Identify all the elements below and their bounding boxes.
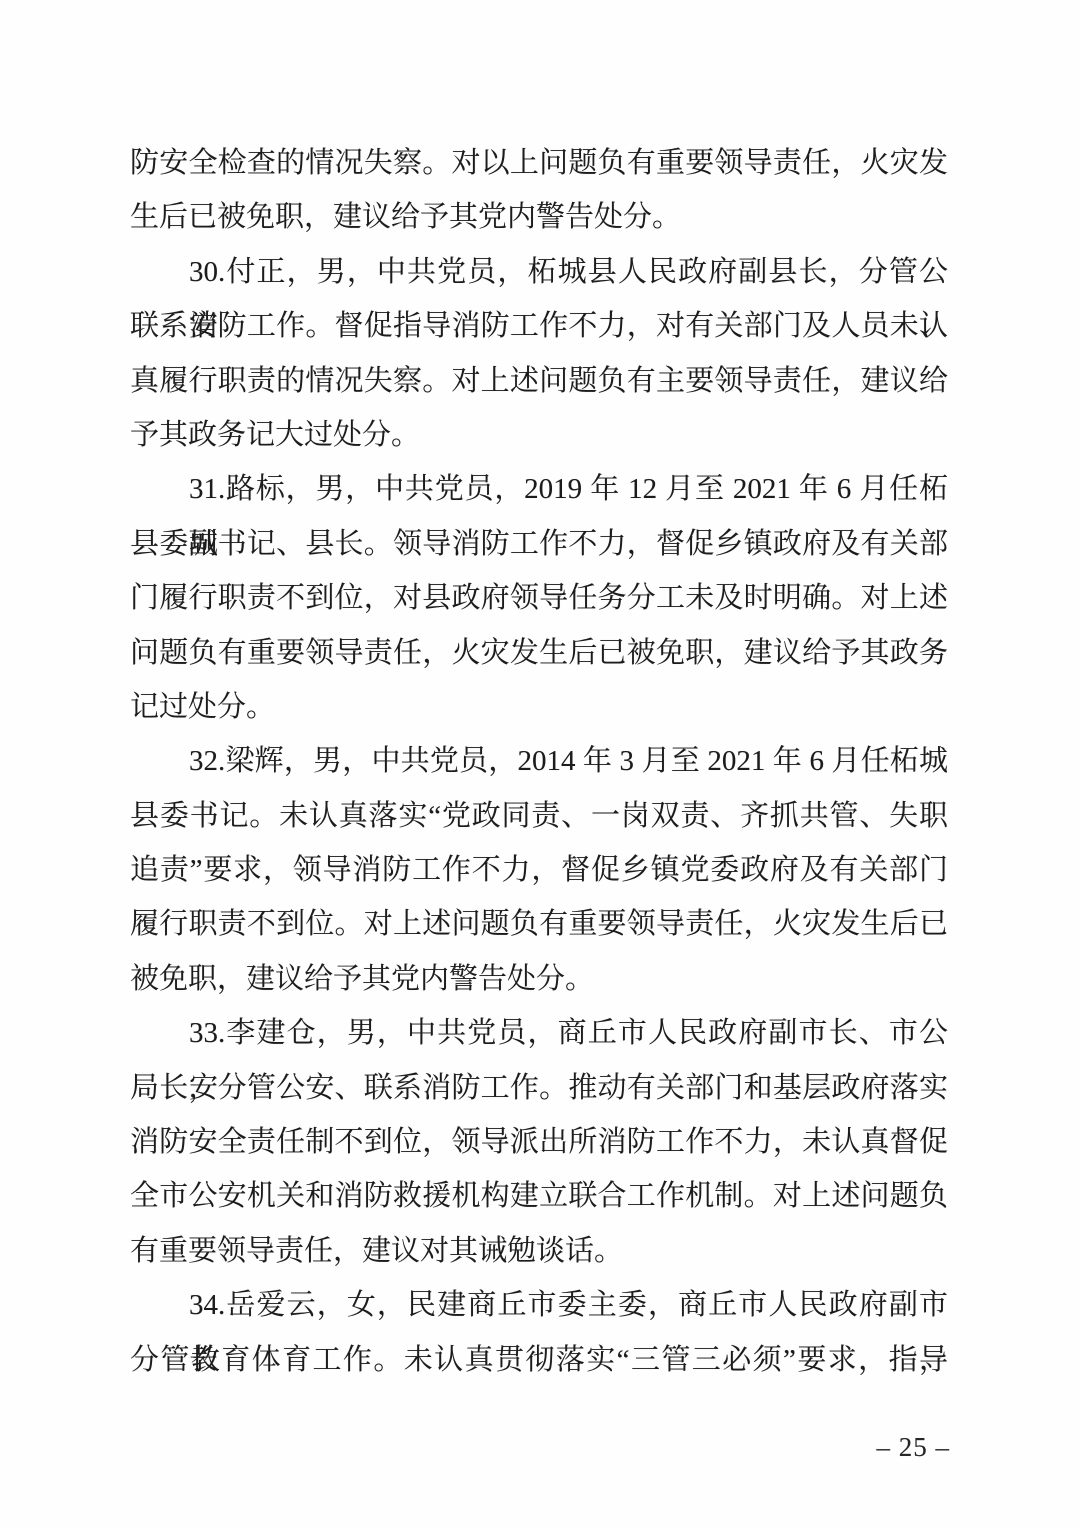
paragraph-30: 30.付正，男，中共党员，柘城县人民政府副县长，分管公安、联系消防工作。督促指导… [130,245,948,463]
document-sheet: 防安全检查的情况失察。对以上问题负有重要领导责任，火灾发生后已被免职，建议给予其… [0,0,1080,1527]
text-line: 追责”要求，领导消防工作不力，督促乡镇党委政府及有关部门 [130,843,948,897]
text-line: 生后已被免职，建议给予其党内警告处分。 [130,190,948,244]
text-line: 30.付正，男，中共党员，柘城县人民政府副县长，分管公安、 [130,245,948,299]
text-line: 33.李建仓，男，中共党员，商丘市人民政府副市长、市公安 [130,1006,948,1060]
text-line: 分管教育体育工作。未认真贯彻落实“三管三必须”要求，指导 [130,1333,948,1387]
page-number: – 25 – [877,1432,951,1462]
paragraph-33: 33.李建仓，男，中共党员，商丘市人民政府副市长、市公安局长，分管公安、联系消防… [130,1006,948,1278]
paragraph-31: 31.路标，男，中共党员，2019 年 12 月至 2021 年 6 月任柘城县… [130,462,948,734]
text-line: 予其政务记大过处分。 [130,408,948,462]
text-line: 县委书记。未认真落实“党政同责、一岗双责、齐抓共管、失职 [130,789,948,843]
text-line: 31.路标，男，中共党员，2019 年 12 月至 2021 年 6 月任柘城 [130,462,948,516]
text-block: 防安全检查的情况失察。对以上问题负有重要领导责任，火灾发生后已被免职，建议给予其… [130,136,948,1387]
text-line: 履行职责不到位。对上述问题负有重要领导责任，火灾发生后已 [130,897,948,951]
text-line: 局长，分管公安、联系消防工作。推动有关部门和基层政府落实 [130,1061,948,1115]
text-line: 问题负有重要领导责任，火灾发生后已被免职，建议给予其政务 [130,626,948,680]
text-line: 消防安全责任制不到位，领导派出所消防工作不力，未认真督促 [130,1115,948,1169]
text-line: 县委副书记、县长。领导消防工作不力，督促乡镇政府及有关部 [130,517,948,571]
text-line: 32.梁辉，男，中共党员，2014 年 3 月至 2021 年 6 月任柘城 [130,734,948,788]
text-line: 联系消防工作。督促指导消防工作不力，对有关部门及人员未认 [130,299,948,353]
text-line: 防安全检查的情况失察。对以上问题负有重要领导责任，火灾发 [130,136,948,190]
text-line: 真履行职责的情况失察。对上述问题负有主要领导责任，建议给 [130,354,948,408]
text-line: 记过处分。 [130,680,948,734]
text-line: 全市公安机关和消防救援机构建立联合工作机制。对上述问题负 [130,1169,948,1223]
scanned-document-page: { "page": { "width": 1080, "height": 152… [0,0,1080,1527]
text-line: 门履行职责不到位，对县政府领导任务分工未及时明确。对上述 [130,571,948,625]
paragraph-34: 34.岳爱云，女，民建商丘市委主委，商丘市人民政府副市长，分管教育体育工作。未认… [130,1278,948,1387]
text-line: 34.岳爱云，女，民建商丘市委主委，商丘市人民政府副市长， [130,1278,948,1332]
paragraph-29-continuation: 防安全检查的情况失察。对以上问题负有重要领导责任，火灾发生后已被免职，建议给予其… [130,136,948,245]
text-line: 被免职，建议给予其党内警告处分。 [130,952,948,1006]
text-line: 有重要领导责任，建议对其诫勉谈话。 [130,1224,948,1278]
paragraph-32: 32.梁辉，男，中共党员，2014 年 3 月至 2021 年 6 月任柘城县委… [130,734,948,1006]
